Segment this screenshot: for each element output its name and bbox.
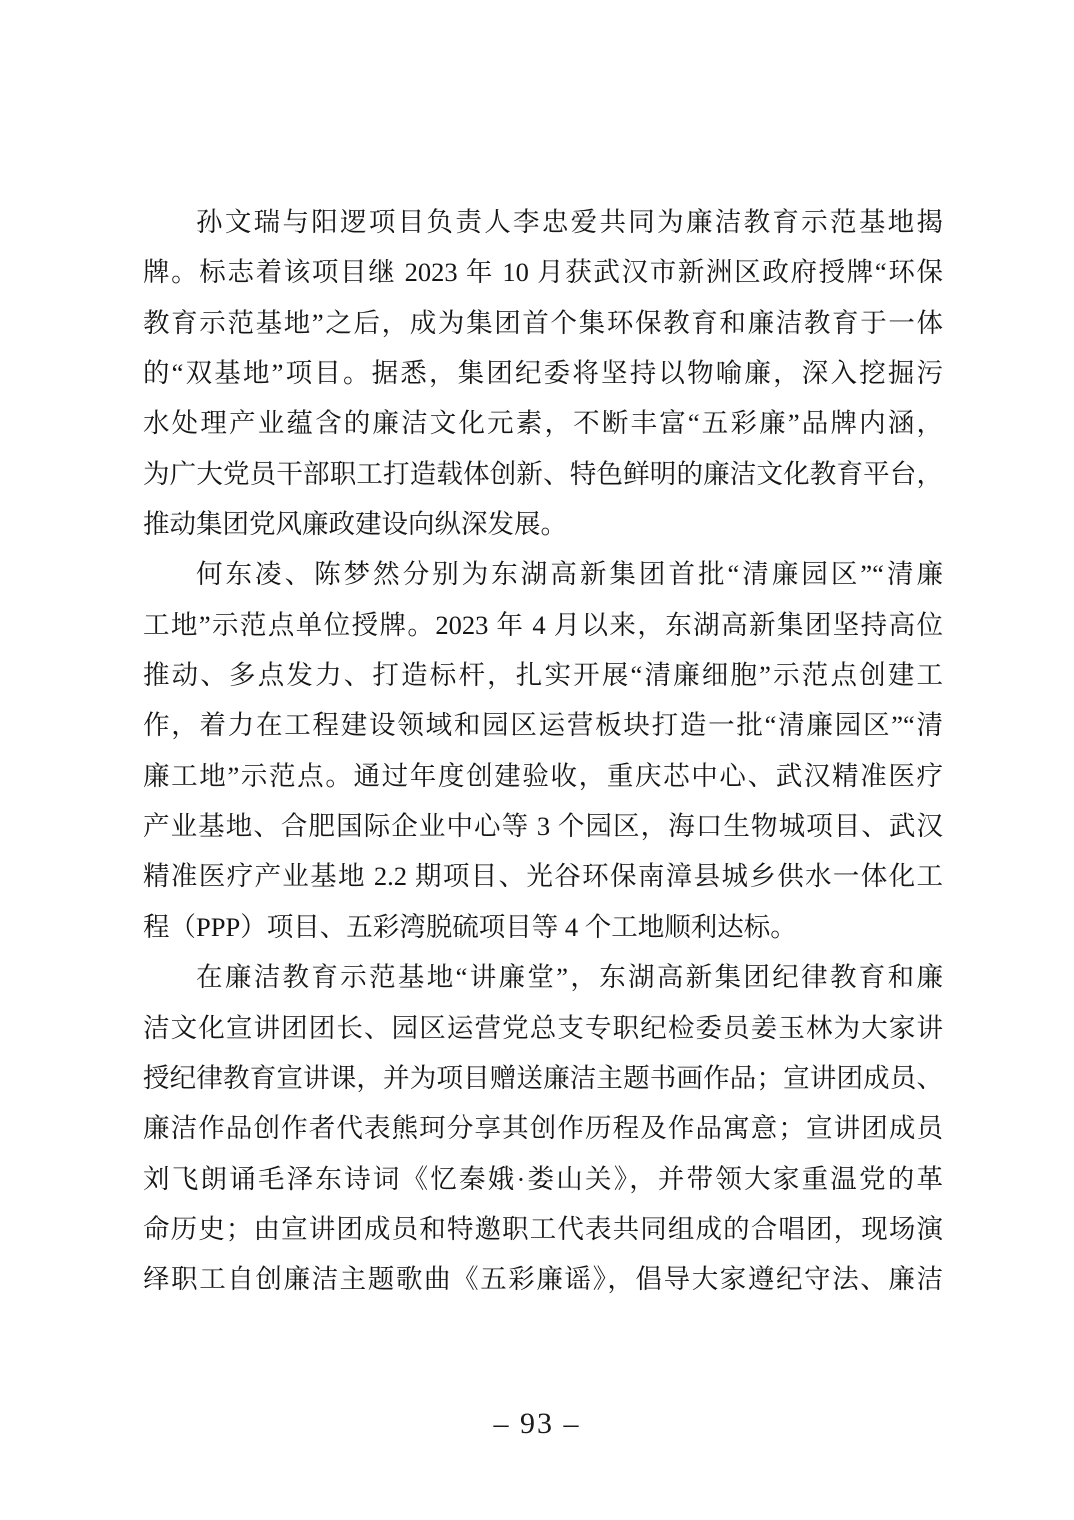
- text-line: 推动、多点发力、打造标杆，扎实开展“清廉细胞”示范点创建工: [143, 650, 943, 700]
- text-line: 精准医疗产业基地 2.2 期项目、光谷环保南漳县城乡供水一体化工: [143, 851, 943, 901]
- text-line: 产业基地、合肥国际企业中心等 3 个园区，海口生物城项目、武汉: [143, 801, 943, 851]
- text-line: 水处理产业蕴含的廉洁文化元素，不断丰富“五彩廉”品牌内涵，: [143, 398, 943, 448]
- document-page: 孙文瑞与阳逻项目负责人李忠爱共同为廉洁教育示范基地揭牌。标志着该项目继 2023…: [0, 0, 1074, 1520]
- text-line: 绎职工自创廉洁主题歌曲《五彩廉谣》，倡导大家遵纪守法、廉洁: [143, 1254, 943, 1304]
- paragraph: 在廉洁教育示范基地“讲廉堂”，东湖高新集团纪律教育和廉洁文化宣讲团团长、园区运营…: [143, 952, 943, 1304]
- document-body: 孙文瑞与阳逻项目负责人李忠爱共同为廉洁教育示范基地揭牌。标志着该项目继 2023…: [143, 197, 943, 1305]
- text-line: 牌。标志着该项目继 2023 年 10 月获武汉市新洲区政府授牌“环保: [143, 247, 943, 297]
- text-line: 推动集团党风廉政建设向纵深发展。: [143, 499, 943, 549]
- text-line: 为广大党员干部职工打造载体创新、特色鲜明的廉洁文化教育平台，: [143, 449, 943, 499]
- text-line: 廉洁作品创作者代表熊珂分享其创作历程及作品寓意；宣讲团成员: [143, 1103, 943, 1153]
- text-line: 程（PPP）项目、五彩湾脱硫项目等 4 个工地顺利达标。: [143, 902, 943, 952]
- text-line: 命历史；由宣讲团成员和特邀职工代表共同组成的合唱团，现场演: [143, 1204, 943, 1254]
- text-line: 工地”示范点单位授牌。2023 年 4 月以来，东湖高新集团坚持高位: [143, 600, 943, 650]
- paragraph: 何东凌、陈梦然分别为东湖高新集团首批“清廉园区”“清廉工地”示范点单位授牌。20…: [143, 549, 943, 952]
- paragraph: 孙文瑞与阳逻项目负责人李忠爱共同为廉洁教育示范基地揭牌。标志着该项目继 2023…: [143, 197, 943, 549]
- text-line: 教育示范基地”之后，成为集团首个集环保教育和廉洁教育于一体: [143, 298, 943, 348]
- text-line: 在廉洁教育示范基地“讲廉堂”，东湖高新集团纪律教育和廉: [143, 952, 943, 1002]
- text-line: 的“双基地”项目。据悉，集团纪委将坚持以物喻廉，深入挖掘污: [143, 348, 943, 398]
- text-line: 廉工地”示范点。通过年度创建验收，重庆芯中心、武汉精准医疗: [143, 751, 943, 801]
- text-line: 何东凌、陈梦然分别为东湖高新集团首批“清廉园区”“清廉: [143, 549, 943, 599]
- text-line: 作，着力在工程建设领域和园区运营板块打造一批“清廉园区”“清: [143, 700, 943, 750]
- text-line: 孙文瑞与阳逻项目负责人李忠爱共同为廉洁教育示范基地揭: [143, 197, 943, 247]
- text-line: 洁文化宣讲团团长、园区运营党总支专职纪检委员姜玉林为大家讲: [143, 1003, 943, 1053]
- text-line: 刘飞朗诵毛泽东诗词《忆秦娥·娄山关》，并带领大家重温党的革: [143, 1154, 943, 1204]
- page-number: – 93 –: [0, 1403, 1074, 1445]
- text-line: 授纪律教育宣讲课，并为项目赠送廉洁主题书画作品；宣讲团成员、: [143, 1053, 943, 1103]
